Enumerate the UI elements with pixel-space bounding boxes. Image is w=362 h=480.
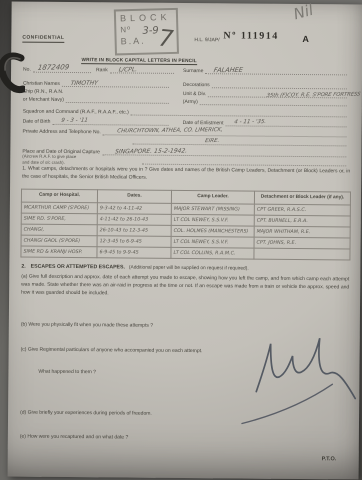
- col-header-camp: Camp or Hospital.: [21, 189, 97, 203]
- unit-label-line1: Unit & Div.: [183, 91, 206, 97]
- confidential-marking: CONFIDENTIAL: [22, 35, 64, 43]
- cell-block-leader: [254, 248, 350, 260]
- cell-leader: LT COL NEWEY, S.S.V.F.: [171, 215, 254, 227]
- cell-dates: 4-11-42 to 26-10-43: [97, 214, 171, 226]
- cell-dates: 12-3-45 to 6-9-45: [97, 236, 171, 248]
- stamp-number-handwritten: 3-9: [142, 25, 159, 36]
- cell-dates: 9-3-42 to 4-11-42: [97, 203, 171, 215]
- cell-dates: 26-10-43 to 12-3-45: [97, 225, 171, 237]
- no-value-handwritten: 1872409: [37, 64, 70, 73]
- question-2-title: ESCAPES OR ATTEMPTED ESCAPES.: [31, 264, 125, 271]
- serial-number: Nº 111914: [223, 30, 279, 41]
- cell-camp: CHANGI,: [21, 224, 97, 236]
- field-address-line2: EIRE.: [130, 138, 348, 147]
- rank-label: Rank: [96, 67, 108, 73]
- date-of-birth-dotted-line: 9 - 3 - '11: [52, 118, 168, 126]
- question-2a-text: (a) Give full description and approx. da…: [21, 274, 349, 300]
- ship-label-line2: or Merchant Navy): [23, 96, 64, 103]
- form-paper: CONFIDENTIAL BLOCK Nº B.A. 3-9 7 H.L. 9/…: [8, 1, 362, 479]
- enlistment-value-handwritten: 4 - 11 - '35.: [233, 119, 266, 126]
- field-squadron: Squadron and Command (R.A.F., R.A.A.F., …: [23, 108, 349, 118]
- binder-clip: [0, 50, 25, 96]
- christian-names-label: Christian Names: [23, 80, 60, 87]
- col-header-dates: Dates.: [97, 190, 171, 204]
- cell-leader: MAJOR STEWART (MISSING): [171, 204, 254, 216]
- field-service-number: No. 1872409: [23, 66, 93, 74]
- rank-value-handwritten: L/CPL.: [118, 66, 138, 74]
- question-2c2-text: What happened to them ?: [38, 369, 96, 376]
- field-decorations: Decorations: [183, 81, 349, 89]
- date-of-birth-label: Date of Birth: [23, 118, 51, 124]
- question-2-note: (Additional paper will be supplied on re…: [129, 266, 249, 272]
- cell-leader: LT COL NEWEY, S.S.V.F.: [171, 237, 254, 249]
- camps-table: Camp or Hospital. Dates. Camp Leader. De…: [20, 189, 351, 261]
- field-address: Private Address and Telephone No. CHURCH…: [23, 128, 349, 138]
- surname-label: Surname: [183, 68, 203, 74]
- ship-label-line1: Ship (R.N., R.A.N.: [23, 89, 64, 95]
- date-of-birth-value-handwritten: 9 - 3 - '11: [60, 118, 88, 125]
- cell-block-leader: MAJOR WHITHAM, R.E.: [254, 226, 350, 238]
- cell-leader: LT COL COLLINS, R.A.M.C.: [171, 248, 254, 260]
- cell-camp: SIME RD. S'PORE,: [21, 213, 97, 225]
- address-value-line2-handwritten: EIRE.: [204, 138, 219, 145]
- question-2-heading: 2. ESCAPES OR ATTEMPTED ESCAPES. (Additi…: [21, 264, 248, 272]
- squadron-label: Squadron and Command (R.A.F., R.A.A.F., …: [23, 108, 129, 115]
- address-label: Private Address and Telephone No.: [23, 128, 101, 135]
- cell-block-leader: CPT. JOHNS, R.E.: [254, 237, 350, 249]
- cell-camp: MCARTHUR CAMP (S'PORE): [21, 202, 97, 214]
- block-number-stamp: BLOCK Nº B.A. 3-9 7: [114, 8, 179, 56]
- enlistment-label: Date of Enlistment: [183, 120, 224, 127]
- nil-annotation-top: Nil: [292, 1, 316, 24]
- cell-camp: CHANGI GAOL (S'PORE): [21, 235, 97, 247]
- stamp-overlay-handwritten: 7: [157, 26, 174, 53]
- rank-dotted-line: L/CPL.: [110, 66, 174, 74]
- nil-pen-stroke: [236, 325, 359, 428]
- capture-aircrew-note: (Aircrew R.A.F. to give place and date o…: [22, 154, 76, 167]
- address-value-line1-handwritten: CHURCHTOWN, ATHEA, CO. LIMERICK,: [117, 127, 224, 135]
- capture-dotted-line2: [142, 158, 346, 167]
- address-dotted-line1: CHURCHTOWN, ATHEA, CO. LIMERICK,: [103, 128, 347, 137]
- question-2e-text: (e) How were you recaptured and on what …: [20, 434, 128, 441]
- question-2c-text: (c) Give Regimental particulars of anyon…: [21, 347, 203, 355]
- decorations-dotted-line: [212, 81, 347, 89]
- field-date-of-birth: Date of Birth 9 - 3 - '11: [23, 118, 171, 126]
- squadron-dotted-line: [131, 109, 347, 118]
- question-2-number: 2.: [21, 264, 25, 270]
- question-2d-text: (d) Give briefly your experiences during…: [20, 410, 152, 417]
- field-rank: Rank L/CPL.: [96, 66, 176, 74]
- address-dotted-line2: EIRE.: [132, 138, 346, 147]
- enlistment-dotted-line: 4 - 11 - '35.: [225, 119, 346, 127]
- unit-label-line2: (Army): [183, 99, 198, 105]
- cell-block-leader: CPT GREER, R.A.S.C.: [254, 204, 350, 216]
- field-ship: or Merchant Navy): [23, 96, 171, 104]
- serial-suffix: A: [302, 34, 309, 44]
- cell-block-leader: CPT. BURNELL, E.R.A.: [254, 215, 350, 227]
- capture-value-handwritten: SINGAPORE. 15-2-1942.: [114, 147, 187, 155]
- stamp-line-block: BLOCK: [120, 12, 172, 23]
- file-reference: H.L. 9/JAP/: [194, 37, 219, 43]
- cell-camp: SIME RD & KRANJI HOSP.: [21, 246, 97, 258]
- christian-names-value-handwritten: TIMOTHY: [70, 79, 99, 87]
- surname-dotted-line: FALAHEE: [205, 67, 347, 75]
- surname-value-handwritten: FALAHEE: [213, 66, 243, 74]
- col-header-block-leader: Detachment or Block Leader (if any).: [254, 191, 350, 205]
- ship-dotted-line: [66, 96, 169, 104]
- pto-note: P.T.O.: [322, 456, 337, 462]
- decorations-label: Decorations: [183, 82, 210, 88]
- instruction-banner: WRITE IN BLOCK CAPITAL LETTERS IN PENCIL: [81, 57, 197, 65]
- field-christian-names: Christian Names TIMOTHY: [23, 80, 171, 88]
- question-2b-text: (b) Were you physically fit when you mad…: [21, 322, 153, 329]
- field-surname: Surname FALAHEE: [183, 67, 349, 75]
- no-dotted-line: 1872409: [33, 66, 91, 74]
- capture-dotted-line: SINGAPORE. 15-2-1942.: [102, 148, 347, 157]
- christian-names-dotted-line: TIMOTHY: [62, 80, 169, 88]
- field-enlistment: Date of Enlistment 4 - 11 - '35.: [183, 119, 349, 127]
- cell-dates: 6-9-45 to 9-9-45: [97, 247, 171, 259]
- cell-leader: COL. HOLMES (MANCHESTERS): [171, 226, 254, 238]
- nil-answer-handwritten: Nil: [236, 325, 359, 433]
- scanned-pow-questionnaire: CONFIDENTIAL BLOCK Nº B.A. 3-9 7 H.L. 9/…: [0, 0, 362, 480]
- question-1-text: 1. What camps, detachments or hospitals …: [22, 166, 350, 184]
- table-row: SIME RD & KRANJI HOSP. 6-9-45 to 9-9-45 …: [21, 246, 350, 260]
- col-header-leader: Camp Leader.: [171, 190, 254, 204]
- capture-extra-dotted-line: [140, 158, 348, 167]
